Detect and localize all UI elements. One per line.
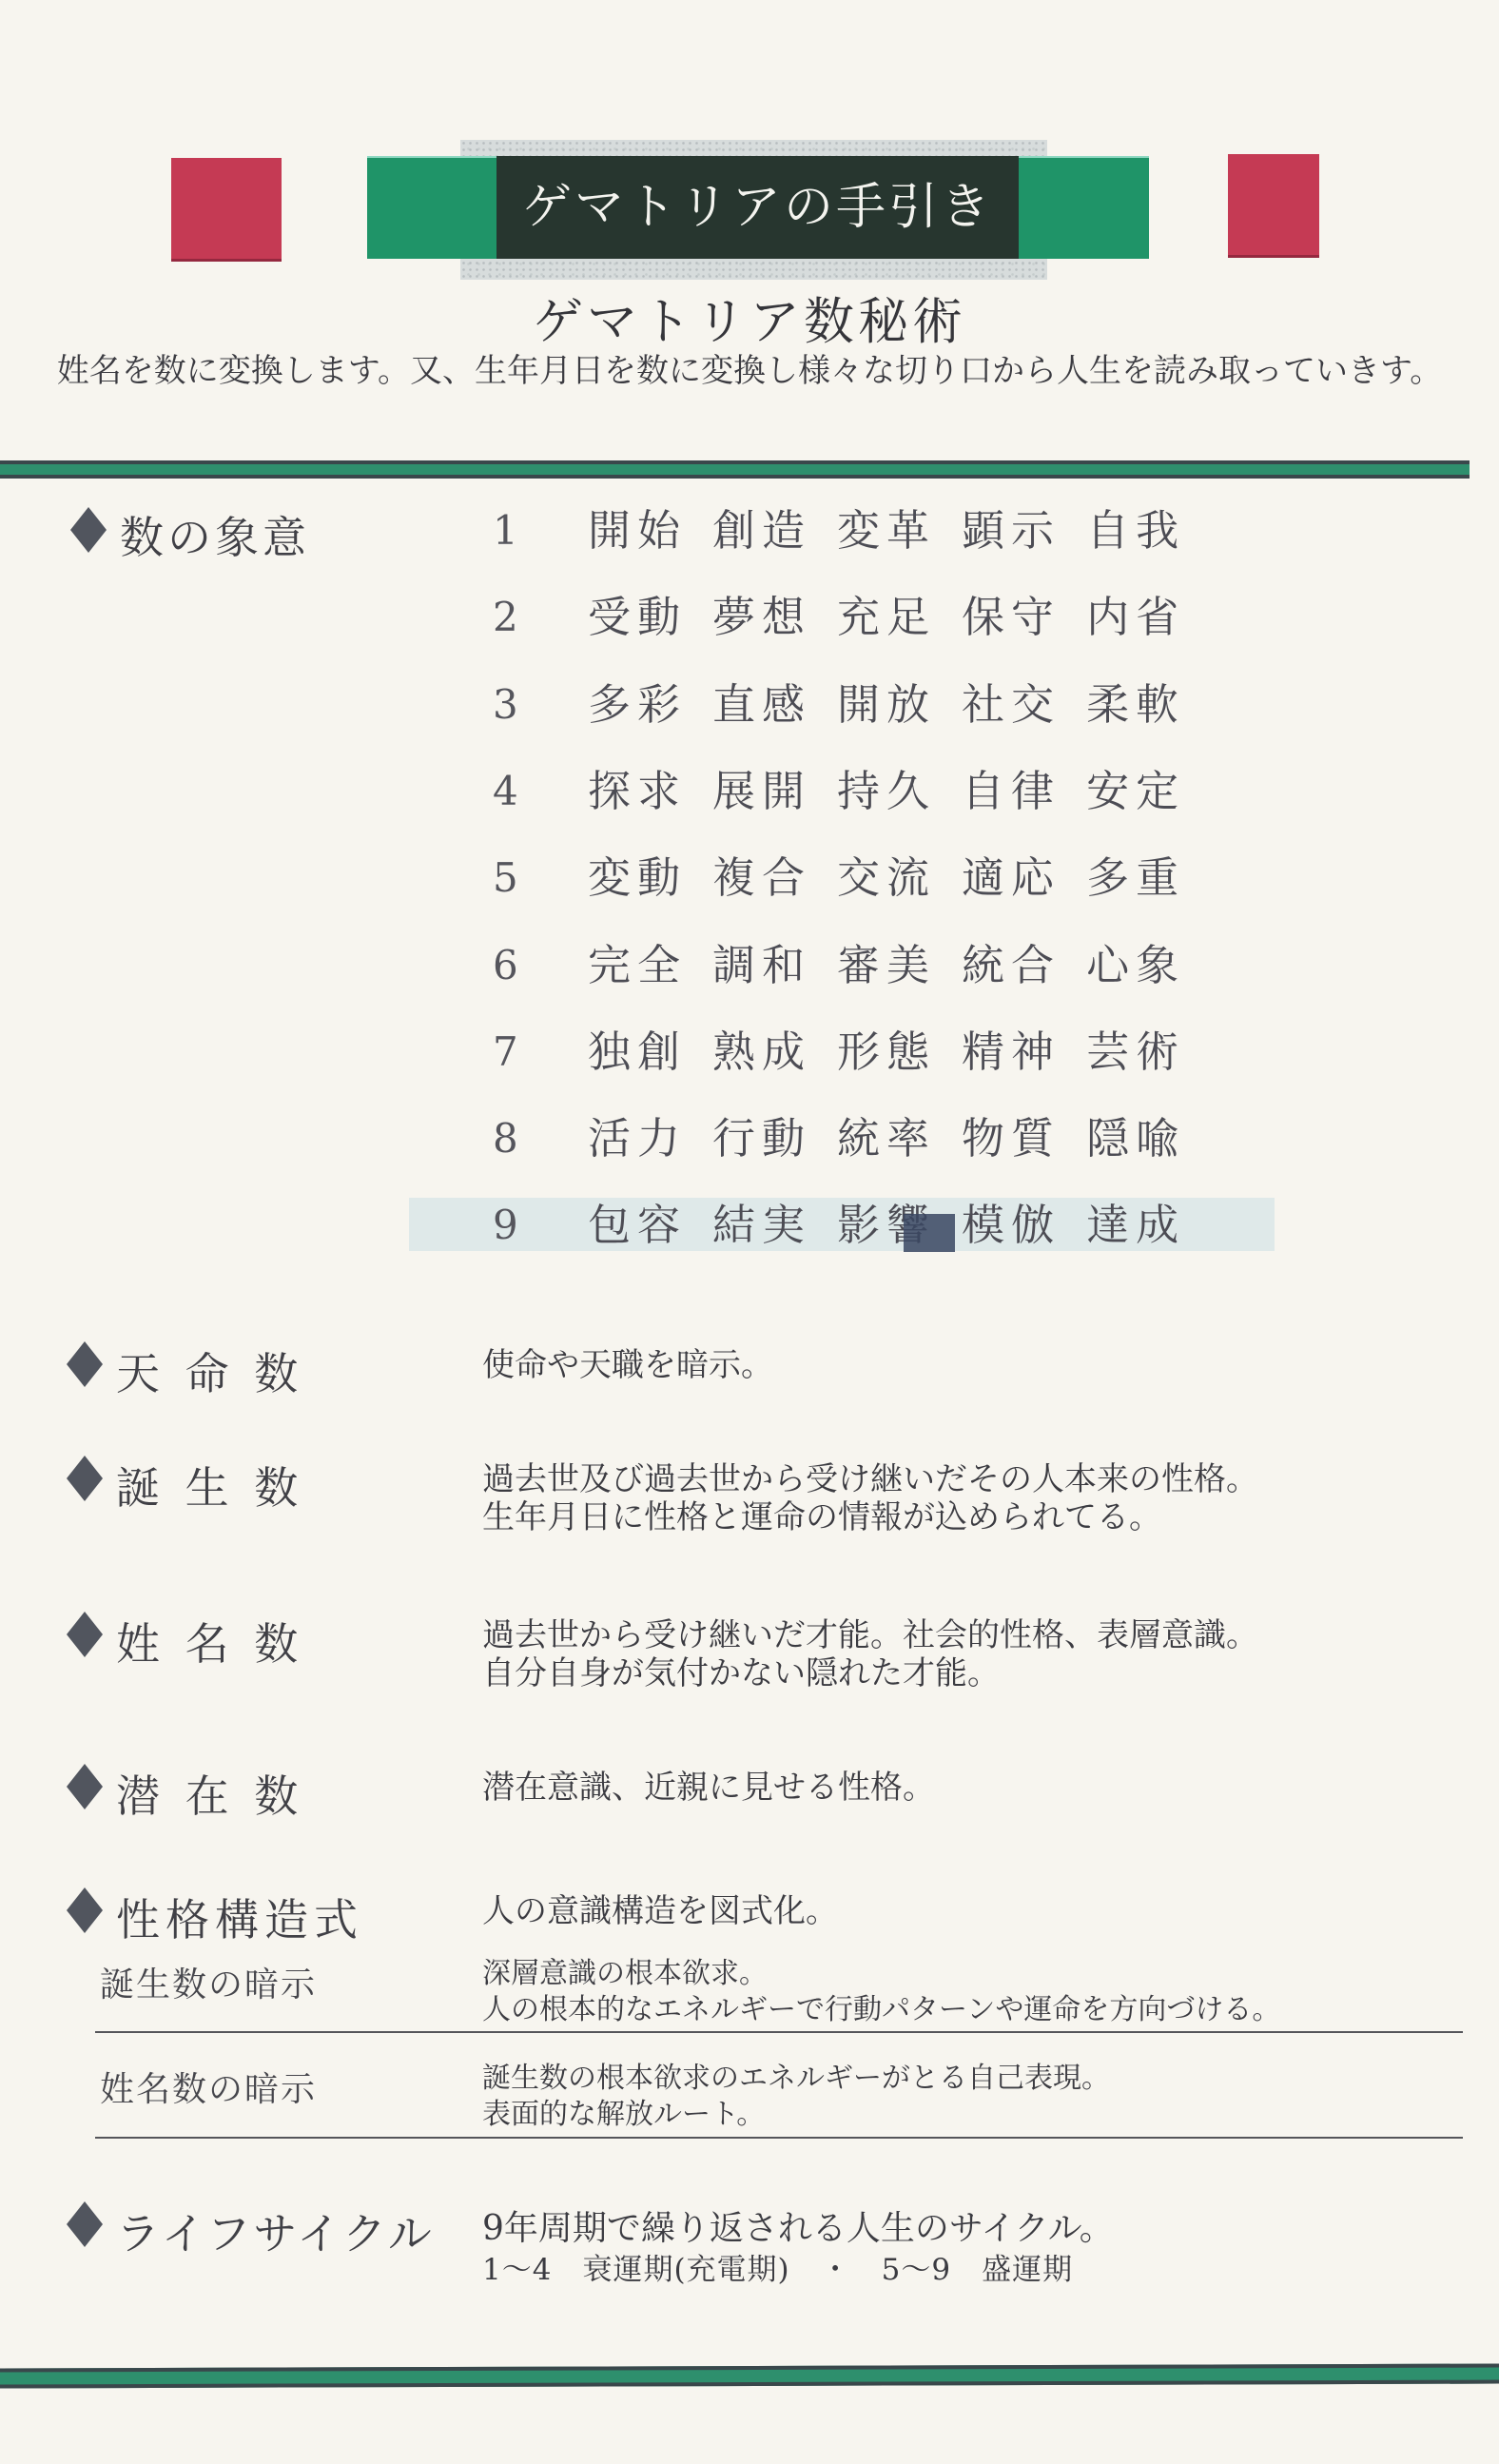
symbolism-word: 統合: [962, 938, 1061, 992]
section-description: 過去世から受け継いだ才能。社会的性格、表層意識。自分自身が気付かない隠れた才能。: [482, 1616, 1258, 1692]
symbolism-word: 持久: [837, 764, 936, 818]
symbolism-word: 精神: [962, 1025, 1061, 1079]
divider-line: [95, 2137, 1463, 2139]
title-banner-center: ゲマトリアの手引き: [496, 156, 1019, 259]
symbolism-words: 独創熟成形態精神芸術: [588, 1025, 1185, 1079]
symbolism-word: 社交: [962, 677, 1061, 732]
lifecycle-heading: ライフサイクル: [116, 2200, 435, 2262]
symbolism-row: 5変動複合交流適応多重: [409, 851, 1275, 904]
symbolism-number: 1: [493, 503, 536, 558]
red-accent-square-right: [1228, 154, 1319, 258]
symbolism-word: 結実: [712, 1198, 811, 1252]
title-banner: ゲマトリアの手引き: [367, 156, 1149, 259]
symbolism-word: 模倣: [962, 1198, 1061, 1252]
symbolism-number: 3: [493, 677, 536, 733]
symbolism-words: 完全調和審美統合心象: [588, 938, 1185, 992]
symbolism-word: 物質: [962, 1111, 1061, 1165]
symbolism-number: 9: [493, 1198, 536, 1253]
symbolism-word: 達成: [1086, 1198, 1185, 1252]
symbolism-number: 4: [493, 764, 536, 819]
symbolism-word: 熟成: [712, 1025, 811, 1079]
description-line: 人の根本的なエネルギーで行動パターンや運命を方向づける。: [482, 1992, 1280, 2028]
symbolism-word: 複合: [712, 851, 811, 905]
section-heading: 潜 在 数: [116, 1762, 303, 1825]
symbolism-word: 独創: [588, 1025, 687, 1079]
symbolism-number: 8: [493, 1111, 536, 1166]
symbolism-word: 自律: [962, 764, 1061, 818]
diamond-bullet-icon: [67, 1764, 103, 1809]
description-line: 誕生数の根本欲求のエネルギーがとる自己表現。: [482, 2061, 1110, 2097]
symbolism-words: 受動夢想充足保守内省: [588, 590, 1185, 644]
diamond-bullet-icon: [67, 1456, 103, 1501]
symbolism-row: 3多彩直感開放社交柔軟: [409, 677, 1275, 731]
symbolism-word: 形態: [837, 1025, 936, 1079]
subsection-description: 誕生数の根本欲求のエネルギーがとる自己表現。表面的な解放ルート。: [482, 2061, 1110, 2133]
symbolism-word: 活力: [588, 1111, 687, 1165]
symbolism-word: 安定: [1086, 764, 1185, 818]
banner-title: ゲマトリアの手引き: [496, 156, 1019, 259]
symbolism-word: 多重: [1086, 851, 1185, 905]
description-line: 自分自身が気付かない隠れた才能。: [482, 1654, 1258, 1692]
description-line: 表面的な解放ルート。: [482, 2097, 1110, 2133]
section-heading: 性格構造式: [116, 1886, 363, 1948]
symbolism-word: 柔軟: [1086, 677, 1185, 732]
symbolism-word: 完全: [588, 938, 687, 992]
symbolism-word: 創造: [712, 503, 811, 557]
page-subtitle: 姓名を数に変換します。又、生年月日を数に変換し様々な切り口から人生を読み取ってい…: [8, 344, 1491, 391]
symbolism-word: 夢想: [712, 590, 811, 644]
symbolism-word: 多彩: [588, 677, 687, 732]
description-line: 潜在意識、近親に見せる性格。: [482, 1769, 935, 1807]
description-line: 過去世及び過去世から受け継いだその人本来の性格。: [482, 1460, 1258, 1498]
symbolism-word: 探求: [588, 764, 687, 818]
section-description: 使命や天職を暗示。: [482, 1346, 773, 1384]
symbolism-word: 展開: [712, 764, 811, 818]
section-heading: 天 命 数: [116, 1340, 303, 1402]
symbolism-table: 1開始創造変革顕示自我2受動夢想充足保守内省3多彩直感開放社交柔軟4探求展開持久…: [0, 503, 1499, 1302]
symbolism-word: 芸術: [1086, 1025, 1185, 1079]
symbolism-number: 5: [493, 851, 536, 906]
symbolism-row: 1開始創造変革顕示自我: [409, 503, 1275, 557]
symbolism-number: 2: [493, 590, 536, 645]
diamond-bullet-icon: [67, 1887, 103, 1933]
symbolism-word: 直感: [712, 677, 811, 732]
description-line: 使命や天職を暗示。: [482, 1346, 773, 1384]
description-line: 人の意識構造を図式化。: [482, 1892, 838, 1930]
symbolism-row: 4探求展開持久自律安定: [409, 764, 1275, 817]
ink-smudge: [904, 1214, 955, 1252]
symbolism-word: 審美: [837, 938, 936, 992]
lifecycle-description: 9年周期で繰り返される人生のサイクル。: [482, 2201, 1114, 2250]
symbolism-word: 受動: [588, 590, 687, 644]
symbolism-word: 調和: [712, 938, 811, 992]
description-line: 生年月日に性格と運命の情報が込められてる。: [482, 1498, 1258, 1536]
subsection-heading: 姓名数の暗示: [100, 2063, 317, 2111]
symbolism-number: 7: [493, 1025, 536, 1080]
symbolism-number: 6: [493, 938, 536, 993]
symbolism-words: 包容結実影響模倣達成: [588, 1198, 1185, 1252]
diamond-bullet-icon: [67, 2201, 103, 2247]
symbolism-row: 6完全調和審美統合心象: [409, 938, 1275, 991]
section-description: 人の意識構造を図式化。: [482, 1892, 838, 1930]
page-title: ゲマトリア数秘術: [0, 282, 1499, 354]
symbolism-word: 変動: [588, 851, 687, 905]
symbolism-word: 充足: [837, 590, 936, 644]
document-page: ゲマトリアの手引き ゲマトリア数秘術 姓名を数に変換します。又、生年月日を数に変…: [0, 0, 1499, 2464]
subsection-description: 深層意識の根本欲求。人の根本的なエネルギーで行動パターンや運命を方向づける。: [482, 1956, 1280, 2028]
diamond-bullet-icon: [67, 1612, 103, 1657]
symbolism-word: 心象: [1086, 938, 1185, 992]
symbolism-word: 内省: [1086, 590, 1185, 644]
symbolism-word: 適応: [962, 851, 1061, 905]
diamond-bullet-icon: [67, 1341, 103, 1387]
lifecycle-phases: 1〜4 衰運期(充電期) ・ 5〜9 盛運期: [482, 2245, 1073, 2288]
divider-line: [95, 2031, 1463, 2033]
symbolism-words: 多彩直感開放社交柔軟: [588, 677, 1185, 732]
section-heading: 姓 名 数: [116, 1610, 303, 1672]
section-description: 過去世及び過去世から受け継いだその人本来の性格。生年月日に性格と運命の情報が込め…: [482, 1460, 1258, 1536]
symbolism-row: 8活力行動統率物質隠喩: [409, 1111, 1275, 1164]
green-rule-top: [0, 460, 1470, 479]
symbolism-word: 自我: [1086, 503, 1185, 557]
symbolism-word: 隠喩: [1086, 1111, 1185, 1165]
symbolism-word: 開放: [837, 677, 936, 732]
description-line: 深層意識の根本欲求。: [482, 1956, 1280, 1992]
symbolism-word: 開始: [588, 503, 687, 557]
symbolism-row: 2受動夢想充足保守内省: [409, 590, 1275, 643]
symbolism-word: 行動: [712, 1111, 811, 1165]
red-accent-square-left: [171, 158, 282, 262]
section-description: 潜在意識、近親に見せる性格。: [482, 1769, 935, 1807]
symbolism-word: 統率: [837, 1111, 936, 1165]
section-heading: 誕 生 数: [116, 1454, 303, 1516]
symbolism-word: 顕示: [962, 503, 1061, 557]
symbolism-word: 保守: [962, 590, 1061, 644]
symbolism-word: 交流: [837, 851, 936, 905]
symbolism-words: 変動複合交流適応多重: [588, 851, 1185, 905]
green-rule-bottom: [0, 2364, 1499, 2389]
symbolism-row: 7独創熟成形態精神芸術: [409, 1025, 1275, 1078]
symbolism-words: 探求展開持久自律安定: [588, 764, 1185, 818]
symbolism-row: 9包容結実影響模倣達成: [409, 1198, 1275, 1251]
symbolism-words: 活力行動統率物質隠喩: [588, 1111, 1185, 1165]
description-line: 過去世から受け継いだ才能。社会的性格、表層意識。: [482, 1616, 1258, 1654]
symbolism-word: 包容: [588, 1198, 687, 1252]
symbolism-words: 開始創造変革顕示自我: [588, 503, 1185, 557]
symbolism-word: 変革: [837, 503, 936, 557]
subsection-heading: 誕生数の暗示: [100, 1958, 317, 2006]
